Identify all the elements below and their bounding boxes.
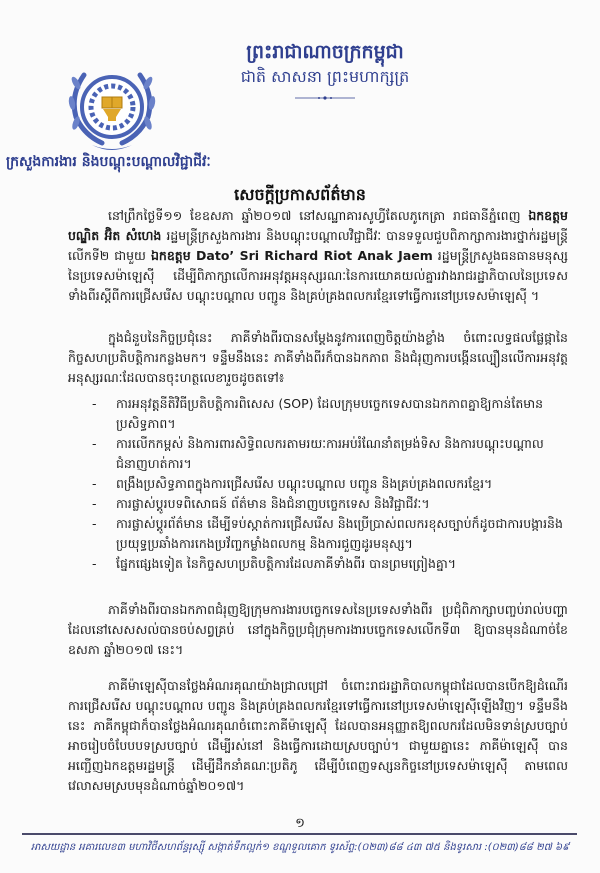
list-item: -ការលើកកម្ពស់ និងការពារសិទ្ធិពលករតាមរយៈក… — [92, 434, 568, 474]
list-item: -ការអនុវត្តនីតិវិធីប្រតិបត្តិការពិសេស (S… — [92, 394, 568, 434]
document-title: សេចក្តីប្រកាសព័ត៌មាន — [0, 184, 600, 208]
p3-text: ភាគីទាំងពីរបានឯកភាពជំរុញឱ្យក្រុមការងារបច… — [68, 602, 568, 657]
minister-name-malaysia: ឯកឧត្តម Dato’ Sri Richard Riot Anak Jaem — [151, 248, 433, 263]
ministry-name: ក្រសួងការងារ និងបណ្តុះបណ្តាលវិជ្ជាជីវៈ — [6, 152, 211, 173]
list-item-text: ផ្នែកផ្សេងទៀត នៃកិច្ចសហប្រតិបត្តិការដែលភ… — [116, 556, 456, 571]
ornament-divider-icon — [295, 96, 355, 100]
bullet-dash: - — [92, 394, 97, 414]
footer-divider — [22, 833, 577, 835]
ministry-emblem-icon — [62, 55, 162, 155]
paragraph-4: ភាគីម៉ាឡេស៊ីបានថ្លែងអំណរគុណយ៉ាងជ្រាលជ្រៅ… — [68, 676, 568, 796]
paragraph-2: ក្នុងជំនួបនៃកិច្ចប្រជុំនេះ ភាគីទាំងពីរបា… — [68, 328, 568, 388]
list-item: -ការផ្លាស់ប្តូរបទពិសោធន៍ ព័ត៌មាន និងជំនា… — [92, 494, 568, 514]
national-motto: ជាតិ សាសនា ព្រះមហាក្សត្រ — [190, 66, 460, 90]
list-item-text: ពង្រឹងប្រសិទ្ធភាពក្នុងការជ្រើសរើស បណ្តុះ… — [116, 476, 492, 491]
bullet-dash: - — [92, 474, 97, 494]
p1-text-before: នៅព្រឹកថ្ងៃទី១១ ខែឧសភា ឆ្នាំ២០១៧ នៅសណ្ឋា… — [108, 208, 528, 223]
list-item: -ពង្រឹងប្រសិទ្ធភាពក្នុងការជ្រើសរើស បណ្តុ… — [92, 474, 568, 494]
bullet-dash: - — [92, 554, 97, 574]
list-item-text: ការអនុវត្តនីតិវិធីប្រតិបត្តិការពិសេស (SO… — [116, 396, 543, 431]
page-number: ១ — [0, 815, 600, 834]
document-page: ព្រះរាជាណាចក្រកម្ពុជា ជាតិ សាសនា ព្រះមហា… — [0, 0, 600, 873]
bullet-dash: - — [92, 434, 97, 454]
footer-address: អាសយដ្ឋាន អគារលេខ៣ មហាវិថីសហព័ន្ធរុស្ស៊ី… — [0, 840, 600, 855]
kingdom-name: ព្រះរាជាណាចក្រកម្ពុជា — [190, 40, 460, 68]
bullet-dash: - — [92, 494, 97, 514]
p4-text: ភាគីម៉ាឡេស៊ីបានថ្លែងអំណរគុណយ៉ាងជ្រាលជ្រៅ… — [68, 678, 568, 793]
list-item-text: ការផ្លាស់ប្តូរបទពិសោធន៍ ព័ត៌មាន និងជំនាញ… — [116, 496, 430, 511]
p2-text: ក្នុងជំនួបនៃកិច្ចប្រជុំនេះ ភាគីទាំងពីរបា… — [68, 330, 568, 385]
agreement-list: -ការអនុវត្តនីតិវិធីប្រតិបត្តិការពិសេស (S… — [92, 394, 568, 574]
paragraph-3: ភាគីទាំងពីរបានឯកភាពជំរុញឱ្យក្រុមការងារបច… — [68, 600, 568, 660]
paragraph-1: នៅព្រឹកថ្ងៃទី១១ ខែឧសភា ឆ្នាំ២០១៧ នៅសណ្ឋា… — [68, 206, 568, 306]
bullet-dash: - — [92, 514, 97, 534]
list-item-text: ការផ្លាស់ប្តូរព័ត៌មាន ដើម្បីទប់ស្កាត់ការ… — [116, 516, 563, 551]
list-item: -ផ្នែកផ្សេងទៀត នៃកិច្ចសហប្រតិបត្តិការដែល… — [92, 554, 568, 574]
list-item-text: ការលើកកម្ពស់ និងការពារសិទ្ធិពលករតាមរយៈកា… — [116, 436, 544, 471]
list-item: -ការផ្លាស់ប្តូរព័ត៌មាន ដើម្បីទប់ស្កាត់កា… — [92, 514, 568, 554]
